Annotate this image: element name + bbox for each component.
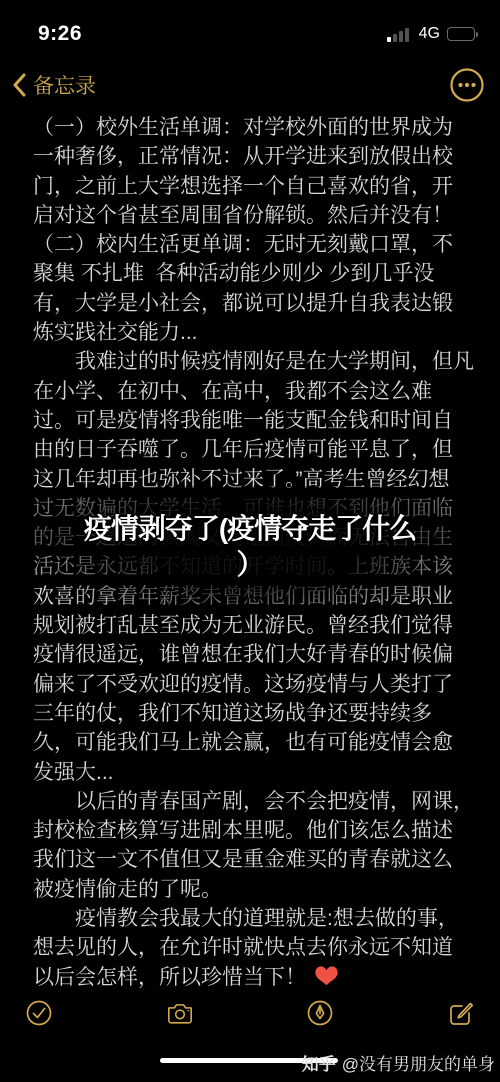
markup-button[interactable]	[306, 999, 334, 1027]
note-text-line: 门，之前上大学想选择一个自己喜欢的省，开	[33, 172, 478, 201]
notes-app-screen: 9:26 4G 备忘录	[0, 0, 500, 1082]
note-text-line: （二）校内生活更单调：无时无刻戴口罩，不	[33, 230, 478, 259]
note-body[interactable]: （一）校外生活单调：对学校外面的世界成为一种奢侈，正常情况：从开学进来到放假出校…	[33, 113, 478, 992]
note-text-line: 在小学、在初中、在高中，我都不会这么难	[33, 377, 478, 406]
note-text-line: 想去见的人，在允许时就快点去你永远不知道	[33, 933, 478, 962]
note-text-line: 炼实践社交能力...	[33, 318, 478, 347]
note-text-line: 过。可是疫情将我能唯一能支配金钱和时间自	[33, 406, 478, 435]
note-text-line: 疫情教会我最大的道理就是:想去做的事，	[33, 904, 478, 933]
camera-button[interactable]	[166, 999, 194, 1027]
marker-pen-circle-icon	[306, 999, 334, 1027]
watermark-username: @没有男朋友的单身	[342, 1055, 495, 1074]
note-text-line: 有，大学是小社会，都说可以提升自我表达锻	[33, 289, 478, 318]
clock: 9:26	[38, 22, 82, 46]
network-type-label: 4G	[419, 25, 440, 43]
note-text-line: 聚集 不扎堆 各种活动能少则少 少到几乎没	[33, 259, 478, 288]
note-text-line: 以后会怎样，所以珍惜当下！	[33, 963, 478, 992]
compose-button[interactable]	[447, 999, 475, 1027]
navigation-bar: 备忘录	[0, 58, 500, 112]
note-text-line: 被疫情偷走的了呢。	[33, 875, 478, 904]
note-text-line: 一种奢侈，正常情况：从开学进来到放假出校	[33, 142, 478, 171]
note-text-line: 久，可能我们马上就会赢，也有可能疫情会愈	[33, 728, 478, 757]
note-text-line: （一）校外生活单调：对学校外面的世界成为	[33, 113, 478, 142]
status-bar: 9:26 4G	[0, 0, 500, 56]
back-label: 备忘录	[33, 70, 96, 100]
note-text-line: 我难过的时候疫情刚好是在大学期间，但凡	[33, 347, 478, 376]
zhihu-logo-text: 知乎	[302, 1055, 336, 1074]
note-text-line: 过无数遍的大学生活，可谁也想不到他们面临	[33, 494, 478, 523]
signal-strength-icon	[387, 27, 412, 42]
red-heart-emoji	[315, 965, 338, 994]
note-text-line: 以后的青春国产剧，会不会把疫情，网课，	[33, 787, 478, 816]
note-text-line: 偏来了不受欢迎的疫情。这场疫情与人类打了	[33, 670, 478, 699]
note-text-line: 三年的仗，我们不知道这场战争还要持续多	[33, 699, 478, 728]
note-text-line: 活还是永远都不知道的开学时间。上班族本该	[33, 552, 478, 581]
ellipsis-circle-icon	[448, 66, 486, 104]
note-text-line: 启对这个省甚至周围省份解锁。然后并没有！	[33, 201, 478, 230]
back-button[interactable]: 备忘录	[12, 70, 96, 100]
note-text-line: 由的日子吞噬了。几年后疫情可能平息了，但	[33, 435, 478, 464]
bottom-toolbar	[0, 996, 500, 1030]
chevron-left-icon	[12, 73, 26, 97]
note-text-line: 发强大...	[33, 758, 478, 787]
note-text-line: 我们这一文不值但又是重金难买的青春就这么	[33, 845, 478, 874]
battery-icon	[447, 27, 478, 41]
note-text-line: 疫情很遥远，谁曾想在我们大好青春的时候偏	[33, 640, 478, 669]
note-text-line: 欢喜的拿着年薪奖未曾想他们面临的却是职业	[33, 582, 478, 611]
zhihu-watermark: 知乎@没有男朋友的单身	[302, 1050, 495, 1075]
checkmark-circle-icon	[25, 999, 53, 1027]
note-text-line: 规划被打乱甚至成为无业游民。曾经我们觉得	[33, 611, 478, 640]
note-text-line: 的是一遍遍的核酸又或是因疫情而无法自由生	[33, 523, 478, 552]
checklist-button[interactable]	[25, 999, 53, 1027]
note-text-line: 这几年却再也弥补不过来了。”高考生曾经幻想	[33, 465, 478, 494]
more-options-button[interactable]	[448, 66, 486, 104]
note-text-line: 封校检查核算写进剧本里呢。他们该怎么描述	[33, 816, 478, 845]
compose-note-icon	[447, 999, 475, 1027]
camera-icon	[166, 999, 194, 1027]
